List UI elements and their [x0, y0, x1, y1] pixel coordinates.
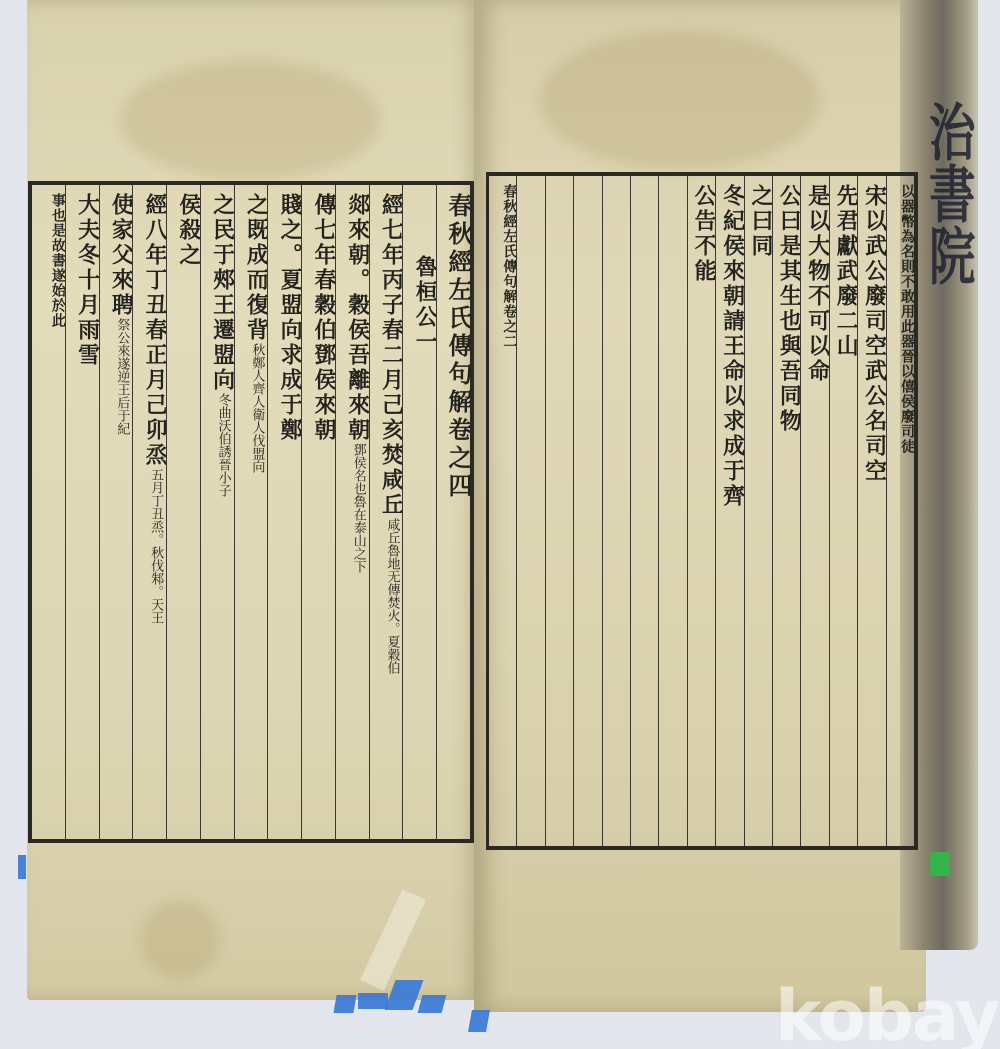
left-page-text-block: 春秋經左氏傳句解卷之四 魯桓公一 經七年丙子春二月己亥焚咸丘咸丘魯地无傳焚火。夏… [28, 181, 474, 843]
text-column: 事也是故書遂始於此 [32, 185, 65, 839]
water-stain [120, 60, 380, 180]
green-tab [930, 852, 950, 876]
text-column: 經八年丁丑春正月己卯烝五月丁丑烝。秋伐邾。天王 [132, 185, 166, 839]
text-column: 之曰同 [744, 176, 772, 846]
spine-ink-text: 治書院 [923, 100, 974, 286]
text-column: 之既成而復背秋鄭人齊人衛人伐盟向 [234, 185, 268, 839]
water-stain [140, 900, 220, 980]
text-column: 公告不能 [687, 176, 715, 846]
text-column: 賤之。夏盟向求成于鄭 [267, 185, 301, 839]
blank-column [630, 176, 658, 846]
text-column: 冬紀侯來朝請王命以求成于齊 [715, 176, 743, 846]
margin-title-column: 春秋經左氏傳句解卷之二 [489, 176, 516, 846]
text-column: 是以大物不可以命 [800, 176, 828, 846]
chapter-subtitle: 魯桓公一 [402, 185, 436, 839]
text-column: 先君獻武廢二山 [829, 176, 857, 846]
blue-tape [418, 995, 447, 1013]
blank-column [545, 176, 573, 846]
text-column: 侯殺之 [166, 185, 200, 839]
text-column: 傳七年春穀伯鄧侯來朝 [301, 185, 335, 839]
blue-tape [468, 1010, 490, 1032]
watermark: kobay [775, 975, 999, 1049]
text-column: 經七年丙子春二月己亥焚咸丘咸丘魯地无傳焚火。夏穀伯 [369, 185, 403, 839]
book-title-column: 春秋經左氏傳句解卷之四 [436, 185, 470, 839]
blank-column [573, 176, 601, 846]
text-column: 使家父來聘祭公來遂逆王后于紀 [99, 185, 133, 839]
right-page-text-block: 以器幣為名則不敢用此器晉以僖侯廢司徒 宋以武公廢司空武公名司空 先君獻武廢二山 … [486, 172, 918, 850]
text-column: 宋以武公廢司空武公名司空 [857, 176, 885, 846]
text-column: 之民于郟王遷盟向冬曲沃伯誘晉小子 [200, 185, 234, 839]
blank-column [516, 176, 544, 846]
blue-tape [18, 855, 26, 879]
text-column: 大夫冬十月雨雪 [65, 185, 99, 839]
blank-column [658, 176, 686, 846]
text-column: 公曰是其生也與吾同物 [772, 176, 800, 846]
text-column: 郯來朝。穀侯吾離來朝鄧侯名也魯在泰山之下 [335, 185, 369, 839]
blue-tape [358, 993, 388, 1009]
blank-column [602, 176, 630, 846]
text-column: 以器幣為名則不敢用此器晉以僖侯廢司徒 [886, 176, 914, 846]
water-stain [540, 30, 820, 170]
blue-tape [333, 995, 356, 1013]
